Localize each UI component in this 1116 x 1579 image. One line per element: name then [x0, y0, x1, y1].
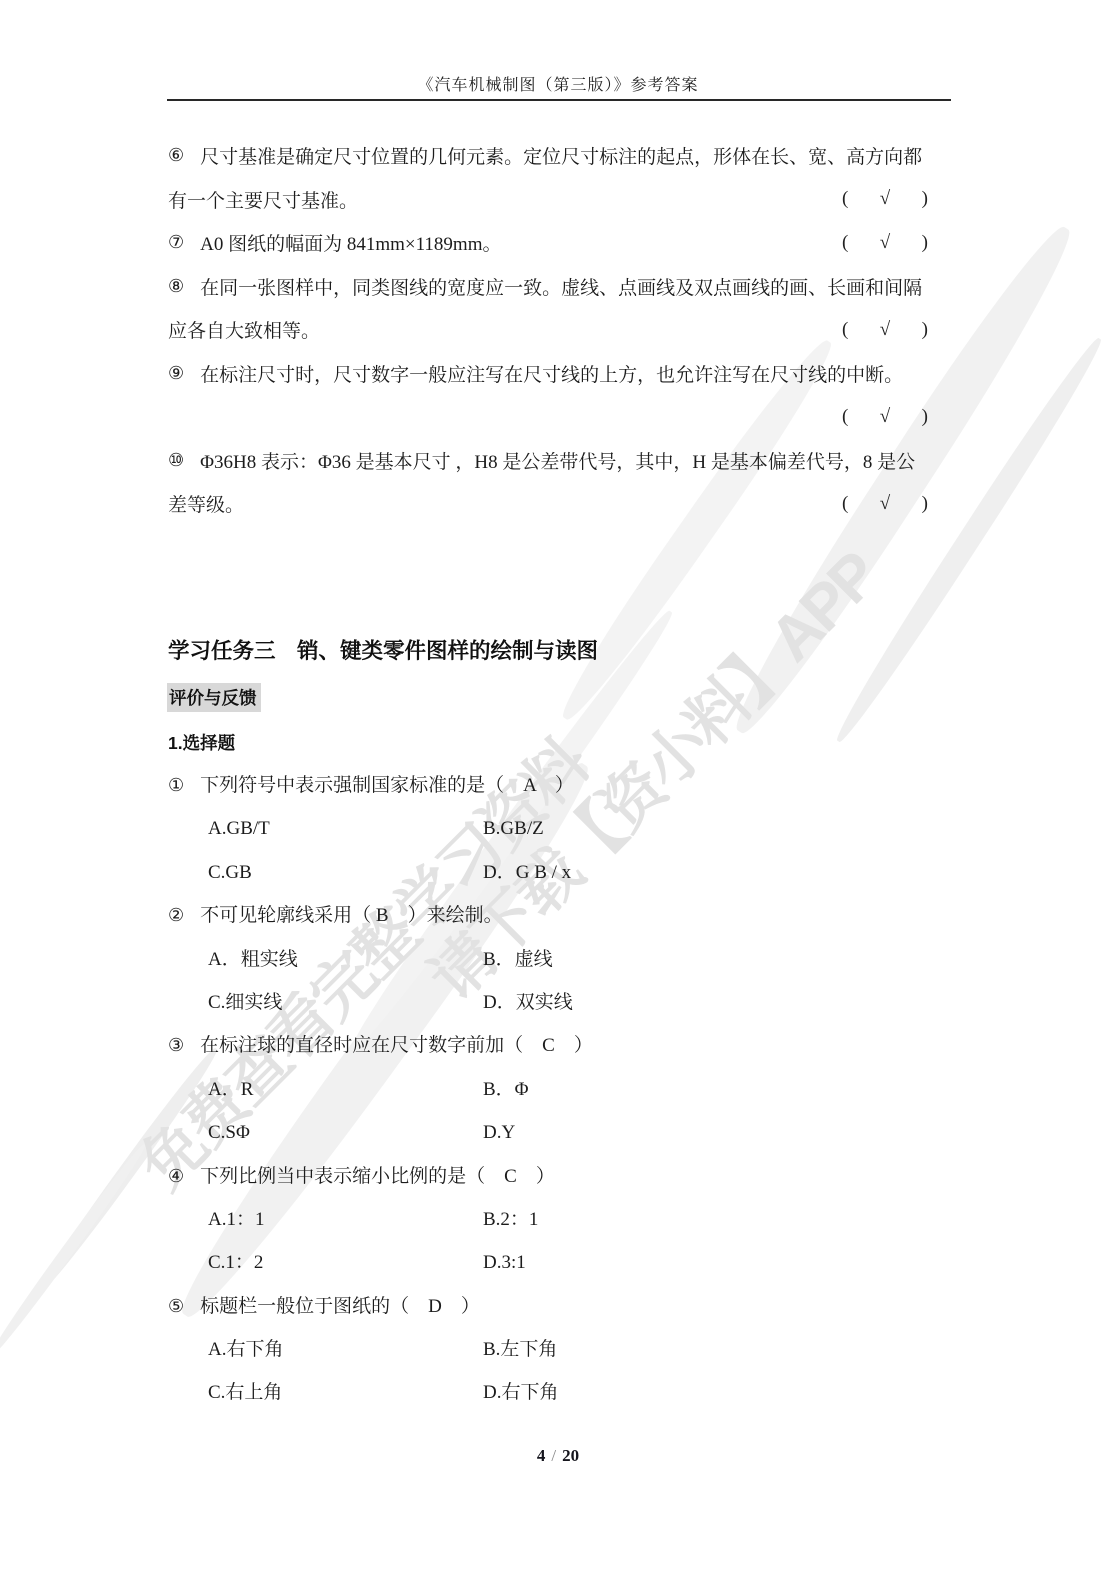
tf-item-line: ⑧在同一张图样中，同类图线的宽度应一致。虚线、点画线及双点画线的画、长画和间隔	[168, 265, 950, 309]
option-a: A．R	[208, 1068, 483, 1111]
checkmark: √	[880, 319, 890, 341]
option-a: A．粗实线	[208, 938, 483, 981]
tf-item-line: (√)	[168, 395, 950, 439]
option-d: D.右下角	[483, 1371, 950, 1414]
question-stem: ③在标注球的直径时应在尺寸数字前加（ C ）	[168, 1024, 950, 1067]
option-row: A.1：1 B.2：1	[168, 1198, 950, 1241]
multiple-choice-section: ①下列符号中表示强制国家标准的是（ A ） A.GB/T B.GB/Z C.GB…	[168, 764, 950, 1415]
option-b: B.GB/Z	[483, 807, 950, 850]
item-number: ⑩	[168, 450, 184, 471]
item-number: ⑦	[168, 232, 184, 253]
answer-mark: (√)	[842, 406, 928, 428]
checkmark: √	[880, 493, 890, 515]
tf-item-line: ⑨在标注尺寸时，尺寸数字一般应注写在尺寸线的上方，也允许注写在尺寸线的中断。	[168, 352, 950, 396]
question-number: ①	[168, 764, 184, 807]
total-pages: 20	[562, 1446, 579, 1465]
option-b: B.左下角	[483, 1328, 950, 1371]
question-stem: ①下列符号中表示强制国家标准的是（ A ）	[168, 764, 950, 807]
option-row: A.GB/T B.GB/Z	[168, 807, 950, 850]
option-row: C.GB D．G B / x	[168, 851, 950, 894]
option-d: D．双实线	[483, 981, 950, 1024]
multiple-choice-label: 1.选择题	[168, 730, 235, 755]
page-header-title: 《汽车机械制图（第三版）》参考答案	[0, 72, 1116, 95]
tf-text: Φ36H8 表示：Φ36 是基本尺寸 ，H8 是公差带代号，其中，H 是基本偏差…	[200, 447, 915, 474]
tf-text: 应各自大致相等。	[168, 316, 320, 343]
tf-text: 尺寸基准是确定尺寸位置的几何元素。定位尺寸标注的起点，形体在长、宽、高方向都	[200, 142, 922, 169]
tf-item-line: ⑥尺寸基准是确定尺寸位置的几何元素。定位尺寸标注的起点，形体在长、宽、高方向都	[168, 134, 950, 178]
option-d: D.Y	[483, 1111, 950, 1154]
answer-mark: (√)	[842, 188, 928, 210]
tf-text: 在同一张图样中，同类图线的宽度应一致。虚线、点画线及双点画线的画、长画和间隔	[200, 273, 922, 300]
option-b: B.2：1	[483, 1198, 950, 1241]
option-row: A.右下角 B.左下角	[168, 1328, 950, 1371]
option-row: A．R B．Φ	[168, 1068, 950, 1111]
tf-item-line: 有一个主要尺寸基准。 (√)	[168, 178, 950, 222]
option-row: C.右上角 D.右下角	[168, 1371, 950, 1414]
option-c: C.SΦ	[208, 1111, 483, 1154]
tf-text: A0 图纸的幅面为 841mm×1189mm。	[200, 229, 501, 256]
section-heading: 学习任务三 销、键类零件图样的绘制与读图	[168, 634, 598, 665]
checkmark: √	[880, 188, 890, 210]
item-number: ⑨	[168, 363, 184, 384]
option-a: A.GB/T	[208, 807, 483, 850]
tf-text: 差等级。	[168, 490, 244, 517]
option-c: C.右上角	[208, 1371, 483, 1414]
tf-text: 在标注尺寸时，尺寸数字一般应注写在尺寸线的上方，也允许注写在尺寸线的中断。	[200, 360, 903, 387]
question-number: ④	[168, 1155, 184, 1198]
option-row: A．粗实线 B．虚线	[168, 938, 950, 981]
item-number: ⑥	[168, 145, 184, 166]
option-d: D．G B / x	[483, 851, 950, 894]
header-rule	[167, 99, 951, 101]
option-c: C.1：2	[208, 1241, 483, 1284]
tf-text: 有一个主要尺寸基准。	[168, 186, 358, 213]
answer-mark: (√)	[842, 232, 928, 254]
checkmark: √	[880, 232, 890, 254]
option-b: B．虚线	[483, 938, 950, 981]
question-number: ③	[168, 1024, 184, 1067]
tf-item-line: ⑩Φ36H8 表示：Φ36 是基本尺寸 ，H8 是公差带代号，其中，H 是基本偏…	[168, 439, 950, 483]
option-a: A.右下角	[208, 1328, 483, 1371]
item-number: ⑧	[168, 276, 184, 297]
question-stem: ⑤标题栏一般位于图纸的（ D ）	[168, 1285, 950, 1328]
option-a: A.1：1	[208, 1198, 483, 1241]
eval-feedback-subheading: 评价与反馈	[167, 683, 261, 712]
question-stem: ④下列比例当中表示缩小比例的是（ C ）	[168, 1155, 950, 1198]
question-stem: ②不可见轮廓线采用（ B ）来绘制。	[168, 894, 950, 937]
answer-mark: (√)	[842, 493, 928, 515]
tf-item-line: ⑦A0 图纸的幅面为 841mm×1189mm。 (√)	[168, 221, 950, 265]
option-row: C.1：2 D.3:1	[168, 1241, 950, 1284]
option-row: C.细实线 D．双实线	[168, 981, 950, 1024]
checkmark: √	[880, 406, 890, 428]
page-number: 4/20	[0, 1446, 1116, 1466]
tf-item-line: 差等级。 (√)	[168, 482, 950, 526]
option-b: B．Φ	[483, 1068, 950, 1111]
document-page: 免费查看完整学习资料 请下载【资小料】APP 《汽车机械制图（第三版）》参考答案…	[0, 0, 1116, 1579]
option-c: C.细实线	[208, 981, 483, 1024]
tf-item-line: 应各自大致相等。 (√)	[168, 308, 950, 352]
option-row: C.SΦ D.Y	[168, 1111, 950, 1154]
page-separator: /	[545, 1446, 562, 1465]
true-false-section: ⑥尺寸基准是确定尺寸位置的几何元素。定位尺寸标注的起点，形体在长、宽、高方向都 …	[168, 134, 950, 526]
option-d: D.3:1	[483, 1241, 950, 1284]
question-number: ⑤	[168, 1285, 184, 1328]
answer-mark: (√)	[842, 319, 928, 341]
option-c: C.GB	[208, 851, 483, 894]
question-number: ②	[168, 894, 184, 937]
